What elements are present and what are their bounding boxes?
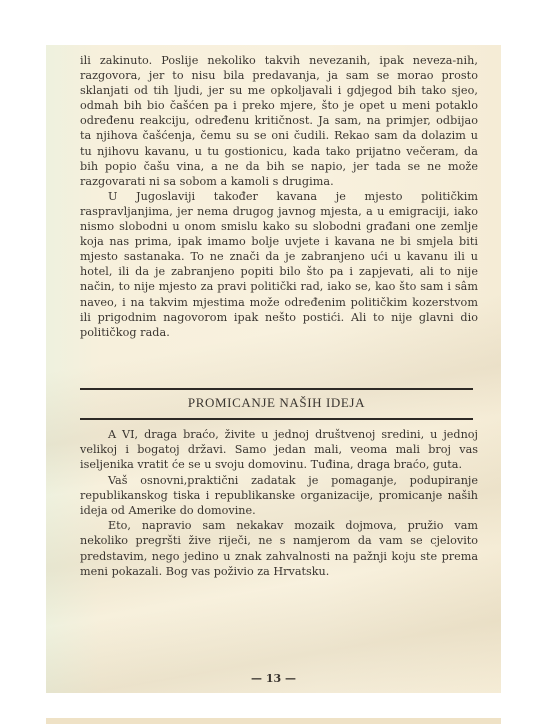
body-text-top: ili zakinuto. Poslije nekoliko takvih ne…: [80, 53, 478, 340]
book-page: ili zakinuto. Poslije nekoliko takvih ne…: [46, 45, 501, 693]
section-heading: PROMICANJE NAŠIH IDEJA: [80, 395, 473, 411]
heading-rule-top: [80, 388, 473, 390]
paragraph: U Jugoslaviji također kavana je mjesto p…: [80, 189, 478, 340]
body-text-section: A VI, draga braćo, živite u jednoj društ…: [80, 427, 478, 579]
heading-rule-bottom: [80, 418, 473, 420]
paragraph: ili zakinuto. Poslije nekoliko takvih ne…: [80, 53, 478, 189]
paragraph: A VI, draga braćo, živite u jednoj društ…: [80, 427, 478, 473]
paragraph: Eto, napravio sam nekakav mozaik dojmova…: [80, 518, 478, 579]
next-page-edge: [46, 718, 501, 724]
page-number: — 13 —: [46, 672, 501, 685]
paragraph: Vaš osnovni,praktični zadatak je pomagan…: [80, 473, 478, 519]
